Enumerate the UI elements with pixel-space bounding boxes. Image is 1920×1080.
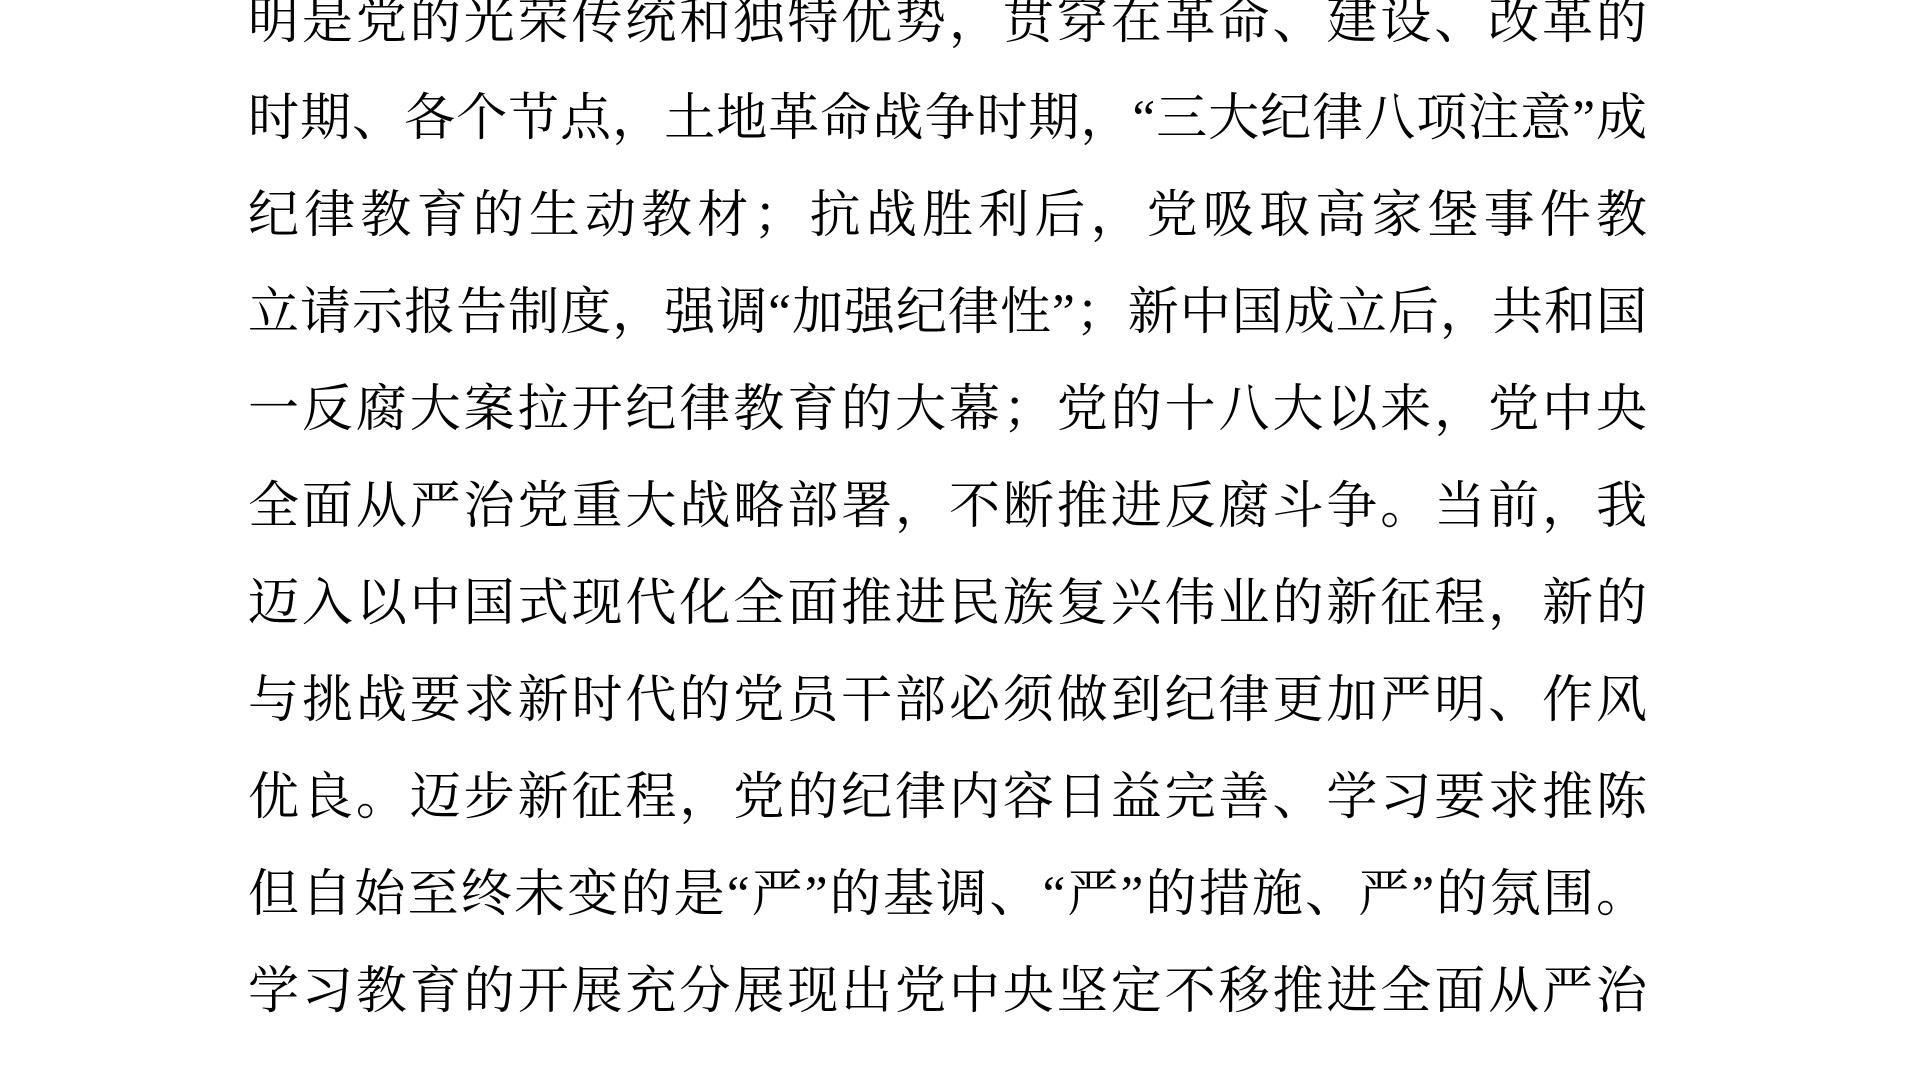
document-line: 学习教育的开展充分展现出党中央坚定不移推进全面从严治党: [248, 944, 1648, 1041]
document-page: 明是党的光荣传统和独特优势，贯穿在革命、建设、改革的各个 时期、各个节点，土地革…: [0, 0, 1920, 1080]
document-text-block: 明是党的光荣传统和独特优势，贯穿在革命、建设、改革的各个 时期、各个节点，土地革…: [248, 0, 1648, 1041]
document-line: 全面从严治党重大战略部署，不断推进反腐斗争。当前，我国已: [248, 459, 1648, 556]
document-line: 但自始至终未变的是“严”的基调、“严”的措施、严”的氛围。党纪: [248, 847, 1648, 944]
document-line: 迈入以中国式现代化全面推进民族复兴伟业的新征程，新的风险: [248, 556, 1648, 653]
document-line: 立请示报告制度，强调“加强纪律性”；新中国成立后，共和国第: [248, 265, 1648, 362]
document-line: 一反腐大案拉开纪律教育的大幕；党的十八大以来，党中央作出: [248, 362, 1648, 459]
document-line: 与挑战要求新时代的党员干部必须做到纪律更加严明、作风更加: [248, 653, 1648, 750]
document-line: 明是党的光荣传统和独特优势，贯穿在革命、建设、改革的各个: [248, 0, 1648, 71]
document-line: 纪律教育的生动教材；抗战胜利后，党吸取高家堡事件教训，建: [248, 168, 1648, 265]
document-line: 时期、各个节点，土地革命战争时期，“三大纪律八项注意”成为: [248, 71, 1648, 168]
document-line: 优良。迈步新征程，党的纪律内容日益完善、学习要求推陈出新，: [248, 750, 1648, 847]
